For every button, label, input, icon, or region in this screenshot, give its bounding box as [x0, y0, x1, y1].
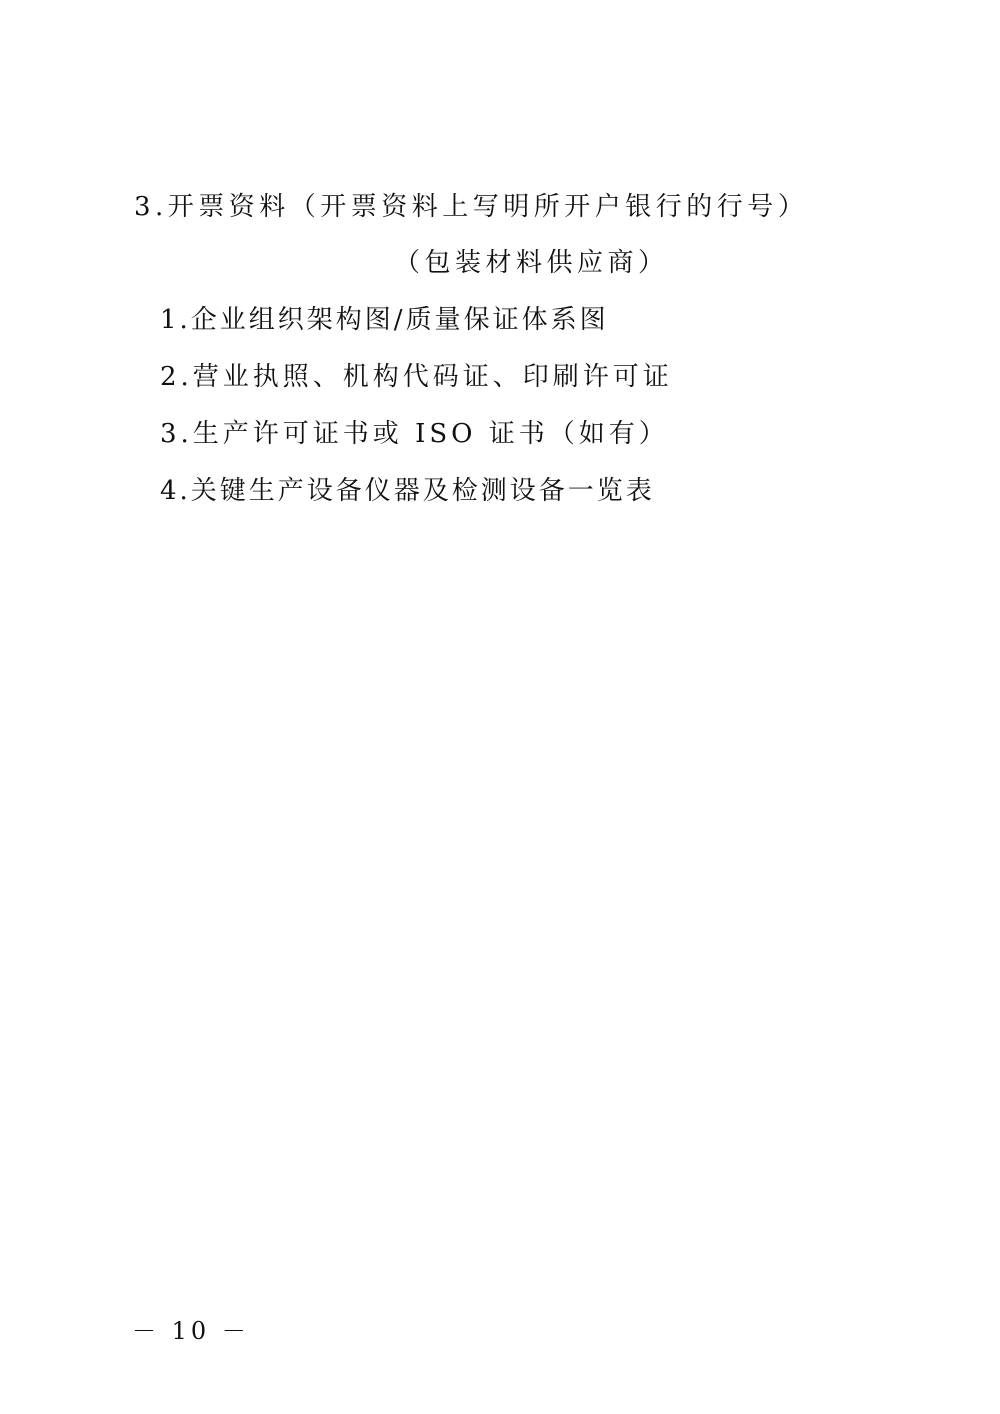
- item-production-license: 3.生产许可证书或 ISO 证书（如有）: [160, 417, 669, 451]
- section-heading-packaging-supplier: （包装材料供应商）: [394, 246, 669, 280]
- item-invoice-info: 3.开票资料（开票资料上写明所开户银行的行号）: [134, 190, 808, 224]
- item-business-license: 2.营业执照、机构代码证、印刷许可证: [160, 360, 673, 394]
- page-number: － 10 －: [132, 1316, 250, 1346]
- document-page: 3.开票资料（开票资料上写明所开户银行的行号） （包装材料供应商） 1.企业组织…: [0, 0, 1000, 1414]
- item-equipment-list: 4.关键生产设备仪器及检测设备一览表: [160, 474, 655, 508]
- item-org-chart: 1.企业组织架构图/质量保证体系图: [160, 303, 609, 337]
